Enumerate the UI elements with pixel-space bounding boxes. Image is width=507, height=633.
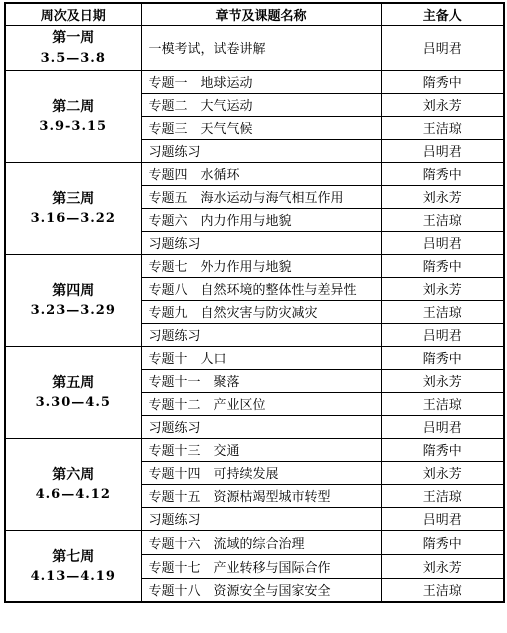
topic-cell: 专题十七 产业转移与国际合作 (141, 554, 381, 578)
topic-cell: 一模考试，试卷讲解 (141, 25, 381, 70)
header-row: 周次及日期 章节及课题名称 主备人 (5, 3, 504, 25)
preparer-cell: 隋秀中 (381, 162, 504, 185)
preparer-cell: 刘永芳 (381, 461, 504, 484)
schedule-document: 周次及日期 章节及课题名称 主备人 第一周3.5—3.8一模考试，试卷讲解吕明君… (0, 0, 507, 633)
week-dates: 4.6—4.12 (6, 487, 141, 502)
week-cell: 第五周3.30—4.5 (5, 346, 141, 438)
preparer-cell: 王洁琼 (381, 484, 504, 507)
topic-cell: 习题练习 (141, 139, 381, 162)
topic-cell: 习题练习 (141, 231, 381, 254)
preparer-cell: 王洁琼 (381, 578, 504, 602)
topic-cell: 专题十二 产业区位 (141, 392, 381, 415)
preparer-cell: 王洁琼 (381, 208, 504, 231)
topic-cell: 专题四 水循环 (141, 162, 381, 185)
preparer-cell: 吕明君 (381, 323, 504, 346)
week-dates: 3.30—4.5 (6, 395, 141, 410)
preparer-cell: 刘永芳 (381, 277, 504, 300)
header-week-col: 周次及日期 (5, 3, 141, 25)
preparer-cell: 刘永芳 (381, 554, 504, 578)
preparer-cell: 吕明君 (381, 507, 504, 530)
schedule-row: 第一周3.5—3.8一模考试，试卷讲解吕明君 (5, 25, 504, 70)
topic-cell: 专题三 天气气候 (141, 116, 381, 139)
topic-cell: 习题练习 (141, 507, 381, 530)
schedule-table: 周次及日期 章节及课题名称 主备人 第一周3.5—3.8一模考试，试卷讲解吕明君… (4, 2, 505, 603)
topic-cell: 专题十五 资源枯竭型城市转型 (141, 484, 381, 507)
preparer-cell: 吕明君 (381, 231, 504, 254)
week-label: 第五周 (6, 374, 141, 392)
week-cell: 第四周3.23—3.29 (5, 254, 141, 346)
topic-cell: 专题十六 流域的综合治理 (141, 530, 381, 554)
week-cell: 第二周3.9-3.15 (5, 70, 141, 162)
week-dates: 3.16—3.22 (6, 211, 141, 226)
schedule-row: 第四周3.23—3.29专题七 外力作用与地貌隋秀中 (5, 254, 504, 277)
schedule-row: 第二周3.9-3.15专题一 地球运动隋秀中 (5, 70, 504, 93)
table-body: 第一周3.5—3.8一模考试，试卷讲解吕明君第二周3.9-3.15专题一 地球运… (5, 25, 504, 602)
week-label: 第一周 (6, 29, 141, 47)
preparer-cell: 吕明君 (381, 415, 504, 438)
preparer-cell: 王洁琼 (381, 392, 504, 415)
topic-cell: 专题十一 聚落 (141, 369, 381, 392)
week-label: 第三周 (6, 190, 141, 208)
topic-cell: 专题六 内力作用与地貌 (141, 208, 381, 231)
topic-cell: 专题十 人口 (141, 346, 381, 369)
topic-cell: 专题七 外力作用与地貌 (141, 254, 381, 277)
preparer-cell: 刘永芳 (381, 93, 504, 116)
preparer-cell: 隋秀中 (381, 346, 504, 369)
schedule-row: 第七周4.13—4.19专题十六 流域的综合治理隋秀中 (5, 530, 504, 554)
preparer-cell: 刘永芳 (381, 185, 504, 208)
week-label: 第四周 (6, 282, 141, 300)
table-header: 周次及日期 章节及课题名称 主备人 (5, 3, 504, 25)
week-dates: 3.5—3.8 (6, 51, 141, 66)
schedule-row: 第五周3.30—4.5专题十 人口隋秀中 (5, 346, 504, 369)
week-dates: 4.13—4.19 (6, 569, 141, 584)
week-cell: 第六周4.6—4.12 (5, 438, 141, 530)
week-dates: 3.9-3.15 (6, 119, 141, 134)
week-cell: 第七周4.13—4.19 (5, 530, 141, 602)
preparer-cell: 吕明君 (381, 139, 504, 162)
week-label: 第六周 (6, 466, 141, 484)
topic-cell: 专题八 自然环境的整体性与差异性 (141, 277, 381, 300)
topic-cell: 习题练习 (141, 415, 381, 438)
topic-cell: 专题二 大气运动 (141, 93, 381, 116)
preparer-cell: 隋秀中 (381, 530, 504, 554)
preparer-cell: 刘永芳 (381, 369, 504, 392)
week-cell: 第三周3.16—3.22 (5, 162, 141, 254)
header-topic-col: 章节及课题名称 (141, 3, 381, 25)
week-cell: 第一周3.5—3.8 (5, 25, 141, 70)
topic-cell: 习题练习 (141, 323, 381, 346)
schedule-row: 第三周3.16—3.22专题四 水循环隋秀中 (5, 162, 504, 185)
preparer-cell: 王洁琼 (381, 300, 504, 323)
topic-cell: 专题十三 交通 (141, 438, 381, 461)
preparer-cell: 隋秀中 (381, 438, 504, 461)
preparer-cell: 吕明君 (381, 25, 504, 70)
topic-cell: 专题十四 可持续发展 (141, 461, 381, 484)
preparer-cell: 王洁琼 (381, 116, 504, 139)
topic-cell: 专题一 地球运动 (141, 70, 381, 93)
week-dates: 3.23—3.29 (6, 303, 141, 318)
header-preparer-col: 主备人 (381, 3, 504, 25)
topic-cell: 专题九 自然灾害与防灾减灾 (141, 300, 381, 323)
topic-cell: 专题五 海水运动与海气相互作用 (141, 185, 381, 208)
preparer-cell: 隋秀中 (381, 70, 504, 93)
schedule-row: 第六周4.6—4.12专题十三 交通隋秀中 (5, 438, 504, 461)
topic-cell: 专题十八 资源安全与国家安全 (141, 578, 381, 602)
week-label: 第二周 (6, 98, 141, 116)
week-label: 第七周 (6, 548, 141, 566)
preparer-cell: 隋秀中 (381, 254, 504, 277)
